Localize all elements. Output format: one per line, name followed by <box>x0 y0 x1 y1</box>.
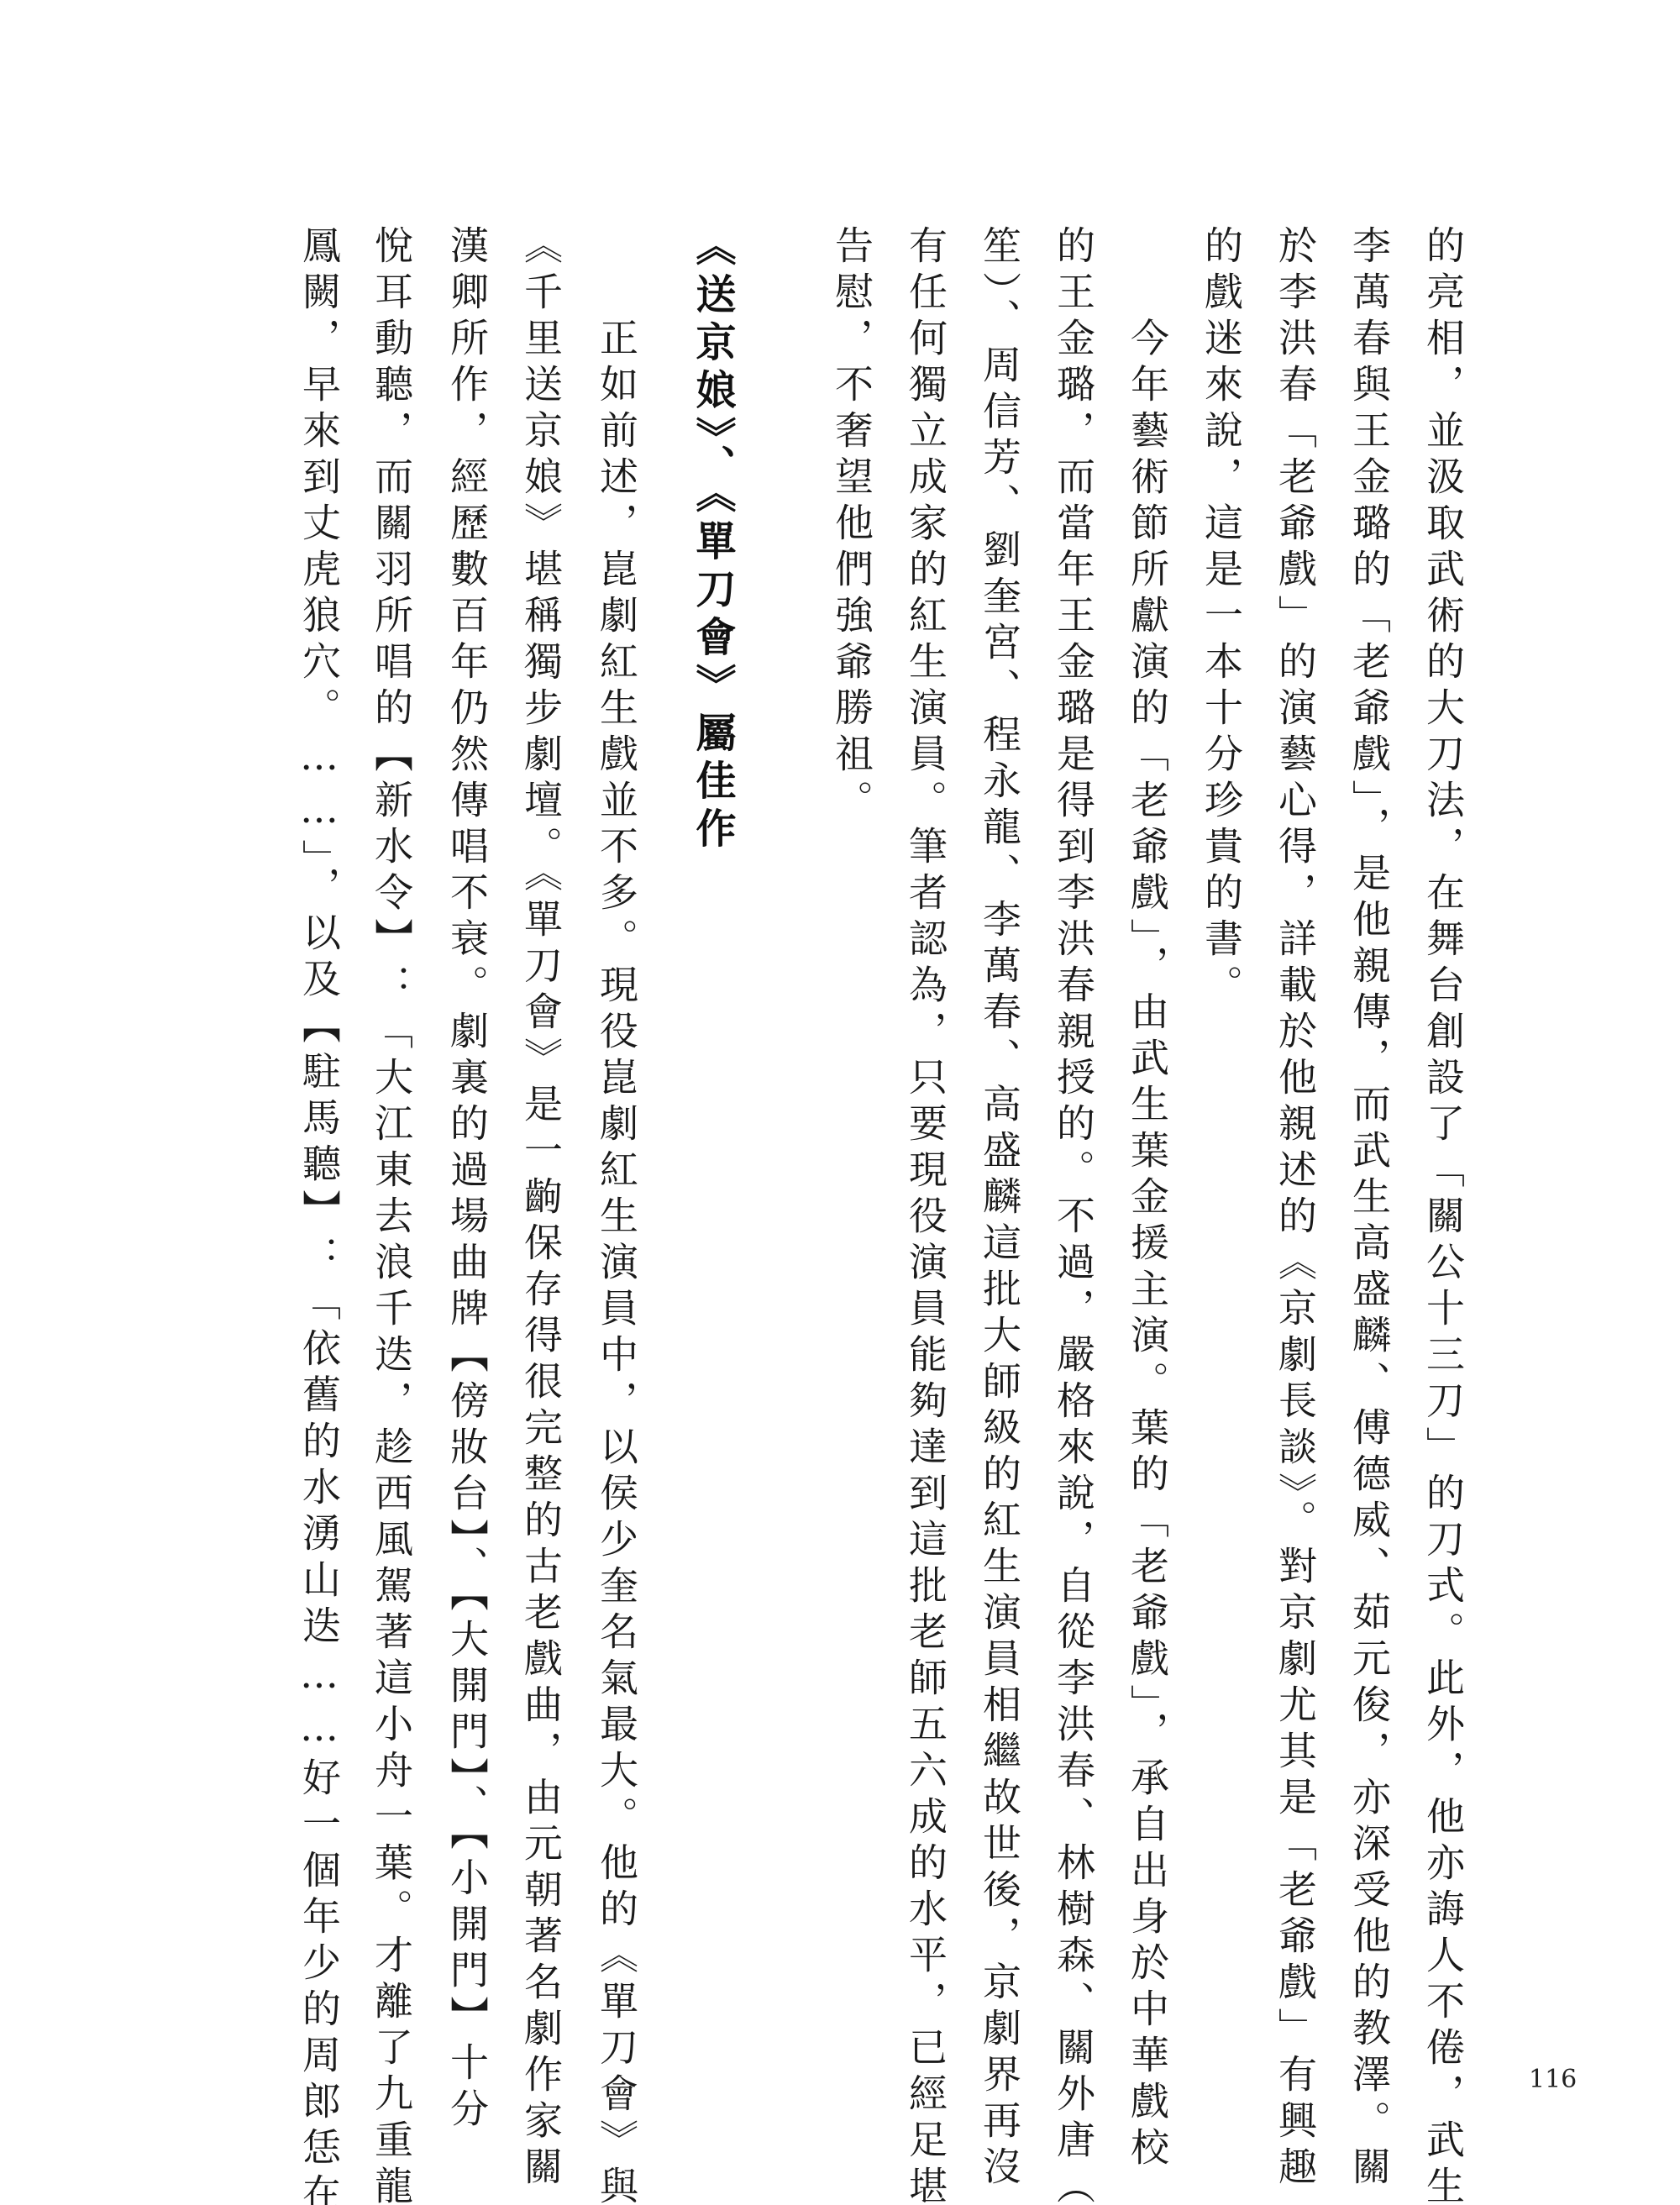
text-column-3: 於李洪春「老爺戲」的演藝心得，詳載於他親述的《京劇長談》。對京劇尤其是「老爺戲」… <box>1270 225 1320 1956</box>
text-column-15: 鳳闕，早來到丈虎狼穴。……」，以及【駐馬聽】：「依舊的水湧山迭……好一個年少的周… <box>294 225 344 1956</box>
text-column-2: 李萬春與王金璐的「老爺戲」，是他親傳，而武生高盛麟、傅德威、茹元俊，亦深受他的教… <box>1344 225 1394 1956</box>
book-page: 的亮相，並汲取武術的大刀法，在舞台創設了「關公十三刀」的刀式。此外，他亦誨人不倦… <box>0 0 1680 2205</box>
page-number: 116 <box>1529 2065 1577 2094</box>
text-column-8: 有任何獨立成家的紅生演員。筆者認為，只要現役演員能夠達到這批老師五六成的水平，已… <box>900 225 951 1956</box>
section-heading: 《送京娘》、《單刀會》屬佳作 <box>687 225 738 1956</box>
text-column-4: 的戲迷來說，這是一本十分珍貴的書。 <box>1196 225 1247 1956</box>
text-column-7: 笙）、周信芳、劉奎宮、程永龍、李萬春、高盛麟這批大師級的紅生演員相繼故世後，京劇… <box>974 225 1025 1956</box>
text-column-5-paragraph-start: 今年藝術節所獻演的「老爺戲」，由武生葉金援主演。葉的「老爺戲」，承自出身於中華戲… <box>1122 225 1173 2048</box>
text-column-12: 《千里送京娘》堪稱獨步劇壇。《單刀會》是一齣保存得很完整的古老戲曲，由元朝著名劇… <box>516 225 566 1956</box>
text-column-1: 的亮相，並汲取武術的大刀法，在舞台創設了「關公十三刀」的刀式。此外，他亦誨人不倦… <box>1418 225 1468 1956</box>
text-column-6: 的王金璐，而當年王金璐是得到李洪春親授的。不過，嚴格來說，自從李洪春、林樹森、關… <box>1048 225 1099 1956</box>
text-column-9: 告慰，不奢望他們強爺勝祖。 <box>827 225 877 1956</box>
text-column-14: 悅耳動聽，而關羽所唱的【新水令】：「大江東去浪千迭，趁西風駕著這小舟一葉。才離了… <box>366 225 417 1956</box>
text-column-13: 漢卿所作，經歷數百年仍然傳唱不衰。劇裏的過場曲牌【傍妝台】、【大開門】、【小開門… <box>442 225 492 1956</box>
text-column-11-paragraph-start: 正如前述，崑劇紅生戲並不多。現役崑劇紅生演員中，以侯少奎名氣最大。他的《單刀會》… <box>591 225 642 2048</box>
